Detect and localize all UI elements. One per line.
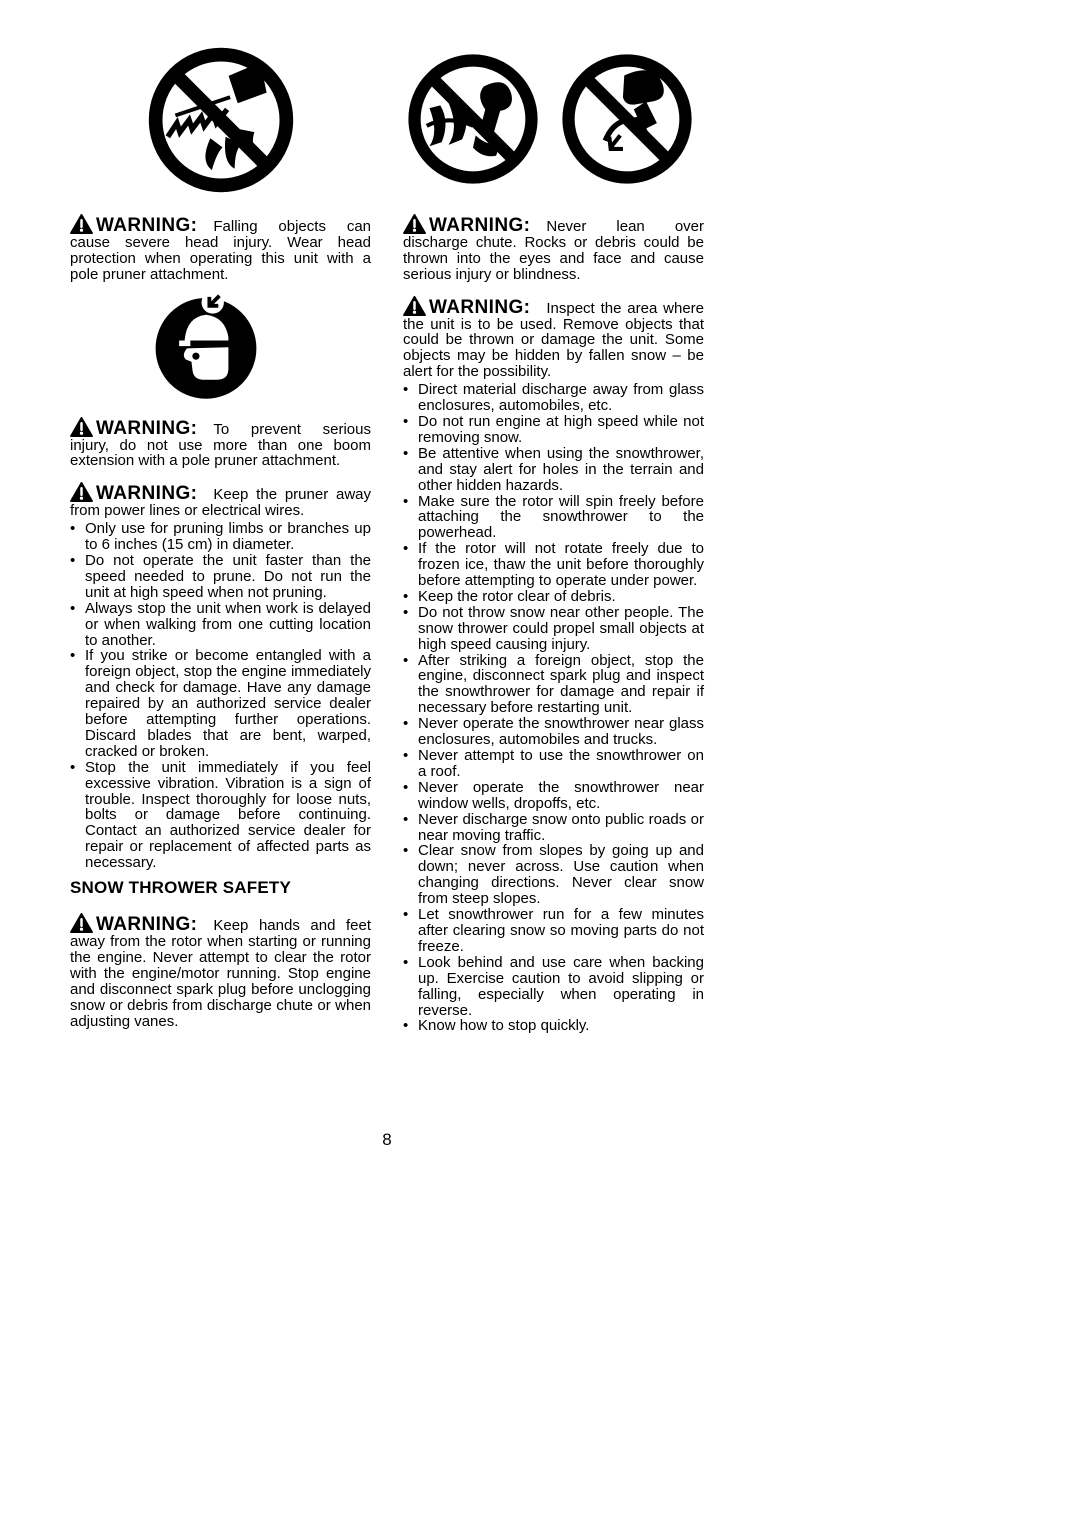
warning-label: WARNING: [96,914,197,935]
no-leaning-over-discharge-chute-prohibition-icon [559,44,695,194]
warning-triangle-icon [70,214,93,234]
warning-text: Keep hands and feet away from the rotor … [70,917,371,1029]
warning-label: WARNING: [96,483,197,504]
no-contact-with-cutting-blade-prohibition-icon [145,44,297,196]
list-item: After striking a foreign object, stop th… [403,653,704,717]
list-item: Be attentive when using the snowthrower,… [403,446,704,494]
list-item: Clear snow from slopes by going up and d… [403,843,704,907]
list-item: If the rotor will not rotate freely due … [403,541,704,589]
list-item: Never attempt to use the snowthrower on … [403,748,704,780]
warning-triangle-icon [403,296,426,316]
right-column: WARNING:Never lean over discharge chute.… [403,0,704,1034]
warning-never-lean-over-chute: WARNING:Never lean over discharge chute.… [403,214,704,283]
warning-inspect-area: WARNING:Inspect the area where the unit … [403,296,704,381]
warning-boom-extension: WARNING:To prevent serious injury, do no… [70,417,371,470]
prohibition-icon-row [405,44,704,194]
list-item: Stop the unit immediately if you feel ex… [70,760,371,871]
no-hands-in-auger-prohibition-icon [405,44,541,194]
warning-label: WARNING: [96,418,197,439]
page-number: 8 [70,1132,704,1148]
list-item: Keep the rotor clear of debris. [403,589,704,605]
list-item: Look behind and use care when backing up… [403,955,704,1019]
snow-thrower-safety-list: Direct material discharge away from glas… [403,382,704,1034]
warning-falling-objects: WARNING:Falling objects can cause severe… [70,214,371,283]
list-item: Always stop the unit when work is delaye… [70,601,371,649]
wear-head-protection-icon [150,289,262,401]
warning-triangle-icon [70,913,93,933]
section-heading-snow-thrower-safety: SNOW THROWER SAFETY [70,877,371,899]
warning-triangle-icon [70,482,93,502]
pruner-safety-list: Only use for pruning limbs or branches u… [70,521,371,871]
warning-label: WARNING: [429,215,530,236]
list-item: Let snowthrower run for a few minutes af… [403,907,704,955]
warning-label: WARNING: [96,215,197,236]
warning-hands-feet-rotor: WARNING:Keep hands and feet away from th… [70,913,371,1029]
list-item: Make sure the rotor will spin freely bef… [403,494,704,542]
left-column: WARNING:Falling objects can cause severe… [70,0,371,1029]
list-item: Never operate the snowthrower near glass… [403,716,704,748]
warning-label: WARNING: [429,297,530,318]
list-item: Do not operate the unit faster than the … [70,553,371,601]
warning-power-lines: WARNING:Keep the pruner away from power … [70,482,371,519]
list-item: If you strike or become entangled with a… [70,648,371,759]
list-item: Know how to stop quickly. [403,1018,704,1034]
manual-page: WARNING:Falling objects can cause severe… [0,0,1080,1526]
list-item: Never operate the snowthrower near windo… [403,780,704,812]
warning-triangle-icon [403,214,426,234]
list-item: Direct material discharge away from glas… [403,382,704,414]
list-item: Do not throw snow near other people. The… [403,605,704,653]
list-item: Only use for pruning limbs or branches u… [70,521,371,553]
warning-triangle-icon [70,417,93,437]
list-item: Do not run engine at high speed while no… [403,414,704,446]
list-item: Never discharge snow onto public roads o… [403,812,704,844]
